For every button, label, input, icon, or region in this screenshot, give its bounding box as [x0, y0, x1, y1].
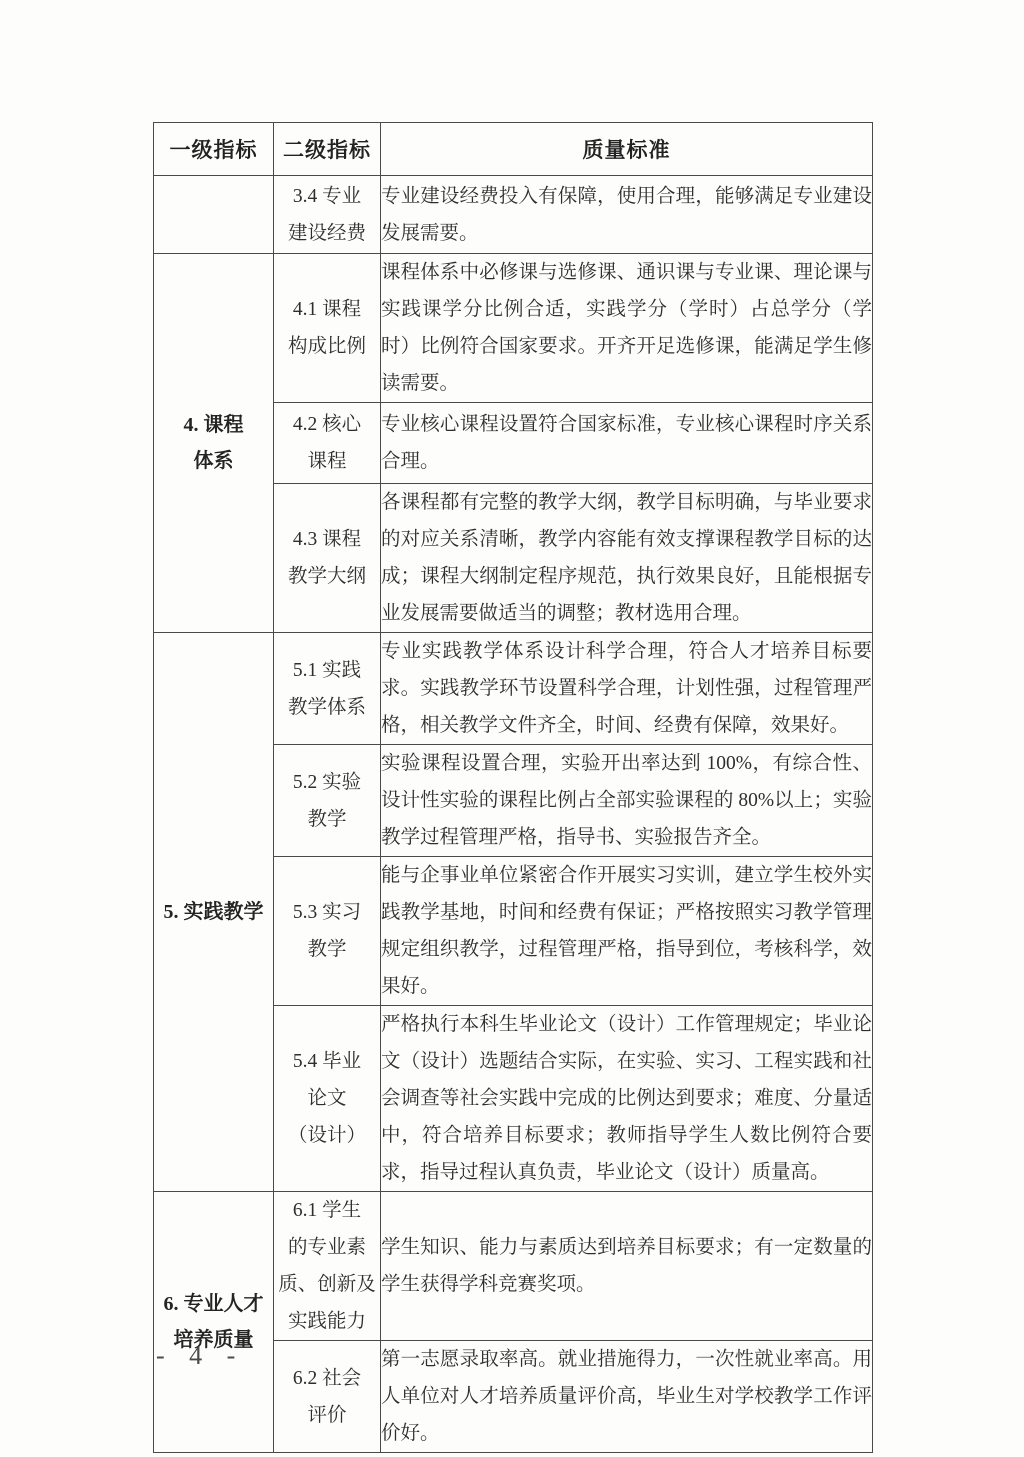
table-header-row: 一级指标 二级指标 质量标准: [154, 123, 873, 176]
cell-standard-6-1: 学生知识、能力与素质达到培养目标要求；有一定数量的学生获得学科竞赛奖项。: [381, 1192, 873, 1341]
cell-level1-empty: [154, 176, 274, 254]
cell-standard-4-1: 课程体系中必修课与选修课、通识课与专业课、理论课与实践课学分比例合适，实践学分（…: [381, 254, 873, 403]
header-level2-indicator: 二级指标: [274, 123, 381, 176]
cell-level2-5-3: 5.3 实习 教学: [274, 857, 381, 1006]
cell-standard-5-1: 专业实践教学体系设计科学合理，符合人才培养目标要求。实践教学环节设置科学合理，计…: [381, 633, 873, 745]
cell-standard-6-2: 第一志愿录取率高。就业措施得力，一次性就业率高。用人单位对人才培养质量评价高，毕…: [381, 1341, 873, 1453]
cell-level2-4-2: 4.2 核心 课程: [274, 403, 381, 484]
cell-standard-5-3: 能与企事业单位紧密合作开展实习实训，建立学生校外实践教学基地，时间和经费有保证；…: [381, 857, 873, 1006]
cell-level1-group-4-curriculum: 4. 课程 体系: [154, 254, 274, 633]
cell-level1-group-6-talent-quality: 6. 专业人才 培养质量: [154, 1192, 274, 1453]
cell-level2-5-2: 5.2 实验 教学: [274, 745, 381, 857]
header-level1-indicator: 一级指标: [154, 123, 274, 176]
page-number: - 4 -: [156, 1341, 244, 1371]
cell-level2-5-4: 5.4 毕业 论文 （设计）: [274, 1006, 381, 1192]
cell-standard-4-2: 专业核心课程设置符合国家标准，专业核心课程时序关系合理。: [381, 403, 873, 484]
cell-level2-4-1: 4.1 课程 构成比例: [274, 254, 381, 403]
cell-level2-4-3: 4.3 课程 教学大纲: [274, 484, 381, 633]
table-row: 4. 课程 体系 4.1 课程 构成比例 课程体系中必修课与选修课、通识课与专业…: [154, 254, 873, 403]
table-row: 3.4 专业 建设经费 专业建设经费投入有保障，使用合理，能够满足专业建设发展需…: [154, 176, 873, 254]
cell-standard-3-4: 专业建设经费投入有保障，使用合理，能够满足专业建设发展需要。: [381, 176, 873, 254]
header-quality-standard: 质量标准: [381, 123, 873, 176]
cell-standard-4-3: 各课程都有完整的教学大纲，教学目标明确，与毕业要求的对应关系清晰，教学内容能有效…: [381, 484, 873, 633]
cell-level2-3-4: 3.4 专业 建设经费: [274, 176, 381, 254]
cell-level2-6-1: 6.1 学生 的专业素 质、创新及 实践能力: [274, 1192, 381, 1341]
cell-level2-6-2: 6.2 社会 评价: [274, 1341, 381, 1453]
cell-level2-5-1: 5.1 实践 教学体系: [274, 633, 381, 745]
cell-standard-5-2: 实验课程设置合理，实验开出率达到 100%，有综合性、设计性实验的课程比例占全部…: [381, 745, 873, 857]
cell-standard-5-4: 严格执行本科生毕业论文（设计）工作管理规定；毕业论文（设计）选题结合实际，在实验…: [381, 1006, 873, 1192]
cell-level1-group-5-practice-teaching: 5. 实践教学: [154, 633, 274, 1192]
quality-standards-table: 一级指标 二级指标 质量标准 3.4 专业 建设经费 专业建设经费投入有保障，使…: [153, 122, 873, 1453]
table-row: 6. 专业人才 培养质量 6.1 学生 的专业素 质、创新及 实践能力 学生知识…: [154, 1192, 873, 1341]
document-page: 一级指标 二级指标 质量标准 3.4 专业 建设经费 专业建设经费投入有保障，使…: [0, 0, 1024, 1457]
table-row: 5. 实践教学 5.1 实践 教学体系 专业实践教学体系设计科学合理，符合人才培…: [154, 633, 873, 745]
